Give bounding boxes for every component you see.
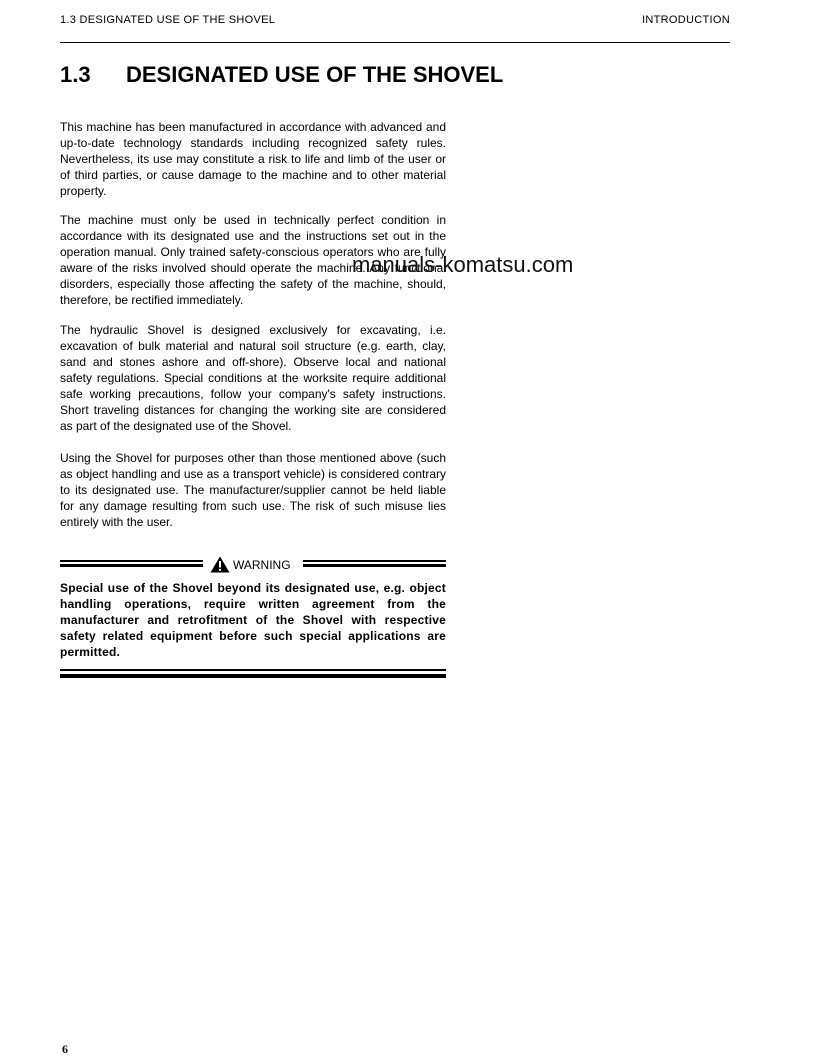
paragraph-3: The hydraulic Shovel is designed exclusi…	[60, 322, 446, 434]
warning-footer-rules	[60, 669, 446, 679]
header-divider	[60, 42, 730, 43]
warning-label-text: WARNING	[233, 558, 291, 572]
warning-triangle-icon	[210, 556, 230, 573]
warning-header: WARNING	[60, 556, 446, 572]
section-heading: DESIGNATED USE OF THE SHOVEL	[126, 62, 503, 87]
section-title: 1.3DESIGNATED USE OF THE SHOVEL	[60, 62, 503, 88]
paragraph-text: The hydraulic Shovel is designed exclusi…	[60, 322, 446, 434]
section-number: 1.3	[60, 62, 126, 88]
paragraph-1: This machine has been manufactured in ac…	[60, 119, 446, 199]
warning-text: Special use of the Shovel beyond its des…	[60, 580, 446, 660]
warning-footer-rule-thick	[60, 674, 446, 678]
watermark: manuals-komatsu.com	[352, 252, 573, 278]
warning-label: WARNING	[210, 556, 298, 573]
page-number: 6	[62, 1042, 68, 1056]
running-header-chapter: INTRODUCTION	[642, 14, 730, 26]
running-header: 1.3 DESIGNATED USE OF THE SHOVEL INTRODU…	[60, 14, 730, 30]
warning-rule-left	[60, 560, 203, 567]
paragraph-text: This machine has been manufactured in ac…	[60, 119, 446, 199]
warning-footer-rule-thin	[60, 669, 446, 671]
paragraph-text: Using the Shovel for purposes other than…	[60, 450, 446, 530]
paragraph-4: Using the Shovel for purposes other than…	[60, 450, 446, 530]
running-header-section: 1.3 DESIGNATED USE OF THE SHOVEL	[60, 14, 275, 26]
warning-rule-right	[303, 560, 446, 567]
